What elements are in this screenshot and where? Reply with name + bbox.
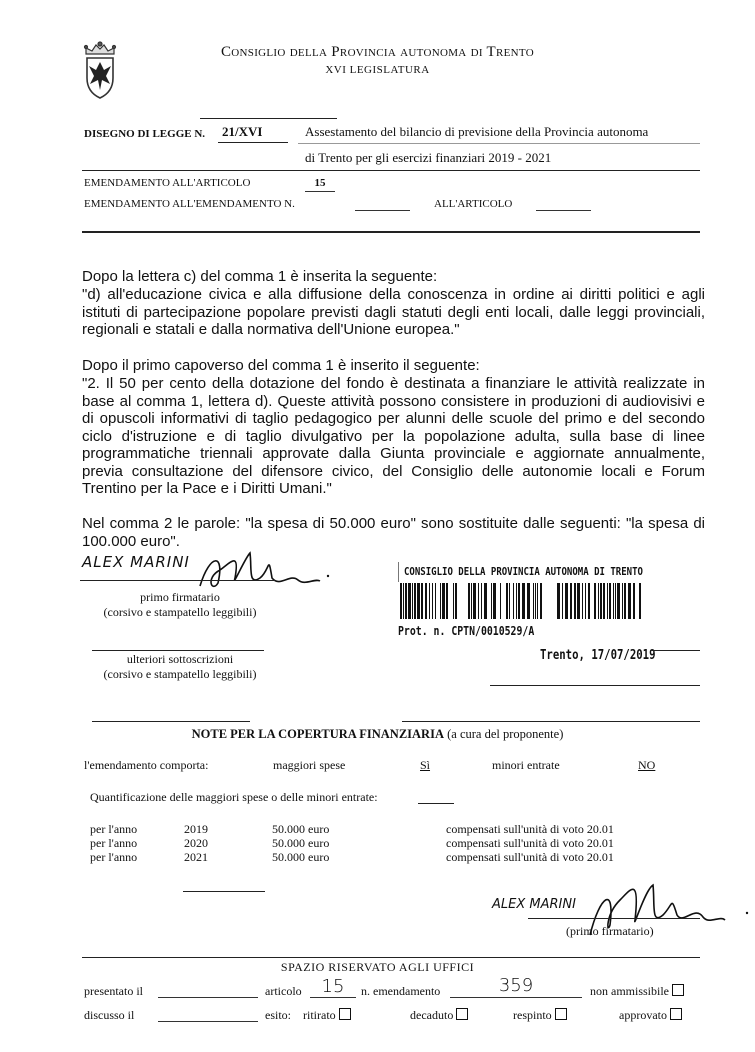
discussed-date-field[interactable]	[158, 1007, 258, 1022]
year-label: per l'anno	[90, 822, 137, 837]
discussed-label: discusso il	[84, 1008, 134, 1023]
divider	[650, 650, 700, 651]
financial-note-title-bold: NOTE PER LA COPERTURA FINANZIARIA	[192, 727, 444, 741]
paragraph-3-text: Nel comma 2 le parole: "la spesa di 50.0…	[82, 515, 705, 550]
amount-value: 50.000 euro	[272, 836, 329, 851]
divider	[298, 143, 700, 144]
compensation-value: compensati sull'unità di voto 20.01	[446, 836, 614, 851]
quantification-label: Quantificazione delle maggiori spese o d…	[90, 790, 378, 805]
protocol-number: Prot. n. CPTN/0010529/A	[398, 624, 534, 638]
divider	[200, 118, 337, 119]
divider	[490, 685, 700, 686]
outcome-rejected-label: respinto	[513, 1008, 552, 1022]
more-expenses-value[interactable]: Sì	[420, 758, 430, 773]
not-admissible-label: non ammissibile	[590, 984, 669, 998]
checkbox[interactable]	[339, 1008, 351, 1020]
divider	[92, 721, 250, 722]
year-value: 2021	[184, 850, 208, 865]
article-label: articolo	[265, 984, 302, 999]
outcome-rejected[interactable]: respinto	[513, 1008, 567, 1023]
amendment-number-label: n. emendamento	[361, 984, 440, 999]
outcome-withdrawn[interactable]: ritirato	[303, 1008, 351, 1023]
outcome-approved-label: approvato	[619, 1008, 667, 1022]
divider	[183, 891, 265, 892]
divider	[82, 231, 700, 233]
amend-amendment-label: EMENDAMENTO ALL'EMENDAMENTO N.	[84, 198, 295, 210]
first-signatory-label: (primo firmatario)	[566, 924, 654, 939]
divider	[218, 142, 288, 143]
signature-line	[528, 918, 700, 919]
year-label: per l'anno	[90, 850, 137, 865]
checkbox[interactable]	[670, 1008, 682, 1020]
handwritten-name: ALEX MARINI	[82, 553, 190, 571]
less-revenue-label: minori entrate	[492, 758, 560, 773]
year-value: 2020	[184, 836, 208, 851]
article-field[interactable]: 15	[310, 977, 356, 998]
quantification-field[interactable]	[418, 803, 454, 804]
divider	[402, 721, 700, 722]
council-title: Consiglio della Provincia autonoma di Tr…	[0, 44, 755, 61]
article-field[interactable]	[536, 196, 591, 211]
paragraph-1-intro: Dopo la lettera c) del comma 1 è inserit…	[82, 268, 705, 286]
first-signatory-label: primo firmatario	[80, 590, 280, 605]
presented-date-field[interactable]	[158, 983, 258, 998]
stamp-title: CONSIGLIO DELLA PROVINCIA AUTONOMA DI TR…	[404, 565, 643, 578]
entails-label: l'emendamento comporta:	[84, 758, 208, 773]
paragraph-2-text: "2. Il 50 per cento della dotazione del …	[82, 375, 705, 498]
bill-label: DISEGNO DI LEGGE N.	[84, 128, 205, 140]
paragraph-1-text: "d) all'educazione civica e alla diffusi…	[82, 286, 705, 339]
financial-note-title: NOTE PER LA COPERTURA FINANZIARIA (a cur…	[0, 727, 755, 742]
outcome-label: esito:	[265, 1008, 291, 1023]
other-signatories-note: (corsivo e stampatello leggibili)	[80, 667, 280, 682]
financial-note-title-suffix: (a cura del proponente)	[447, 727, 563, 741]
amendment-number-field[interactable]: 359	[450, 975, 582, 998]
signature-line	[92, 650, 264, 651]
compensation-value: compensati sull'unità di voto 20.01	[446, 822, 614, 837]
checkbox[interactable]	[672, 984, 684, 996]
checkbox[interactable]	[456, 1008, 468, 1020]
article-label: ALL'ARTICOLO	[434, 198, 512, 210]
paragraph-2-intro: Dopo il primo capoverso del comma 1 è in…	[82, 357, 705, 375]
less-revenue-value[interactable]: NO	[638, 758, 655, 773]
outcome-approved[interactable]: approvato	[619, 1008, 682, 1023]
other-signatories-label: ulteriori sottoscrizioni	[80, 652, 280, 667]
divider	[82, 957, 700, 958]
outcome-lapsed[interactable]: decaduto	[410, 1008, 468, 1023]
legislature-label: XVI LEGISLATURA	[0, 64, 755, 76]
year-label: per l'anno	[90, 836, 137, 851]
handwritten-name: ALEX MARINI	[492, 897, 576, 912]
divider	[82, 170, 700, 171]
compensation-value: compensati sull'unità di voto 20.01	[446, 850, 614, 865]
stamp-edge	[398, 562, 399, 582]
signature-line	[80, 580, 275, 581]
amend-article-label: EMENDAMENTO ALL'ARTICOLO	[84, 177, 250, 189]
barcode-icon	[398, 583, 643, 619]
office-section-title: SPAZIO RISERVATO AGLI UFFICI	[0, 960, 755, 975]
amend-article-field[interactable]: 15	[305, 177, 335, 192]
outcome-lapsed-label: decaduto	[410, 1008, 453, 1022]
year-value: 2019	[184, 822, 208, 837]
first-signatory-note: (corsivo e stampatello leggibili)	[80, 605, 280, 620]
bill-title-line-1: Assestamento del bilancio di previsione …	[305, 124, 648, 140]
bill-title-line-2: di Trento per gli esercizi finanziari 20…	[305, 150, 551, 166]
checkbox[interactable]	[555, 1008, 567, 1020]
amend-amendment-field[interactable]	[355, 196, 410, 211]
stamp-date: Trento, 17/07/2019	[540, 648, 656, 663]
amount-value: 50.000 euro	[272, 822, 329, 837]
presented-label: presentato il	[84, 984, 143, 999]
bill-number: 21/XVI	[222, 124, 262, 140]
amount-value: 50.000 euro	[272, 850, 329, 865]
outcome-withdrawn-label: ritirato	[303, 1008, 336, 1022]
not-admissible-option[interactable]: non ammissibile	[590, 984, 684, 999]
more-expenses-label: maggiori spese	[273, 758, 345, 773]
